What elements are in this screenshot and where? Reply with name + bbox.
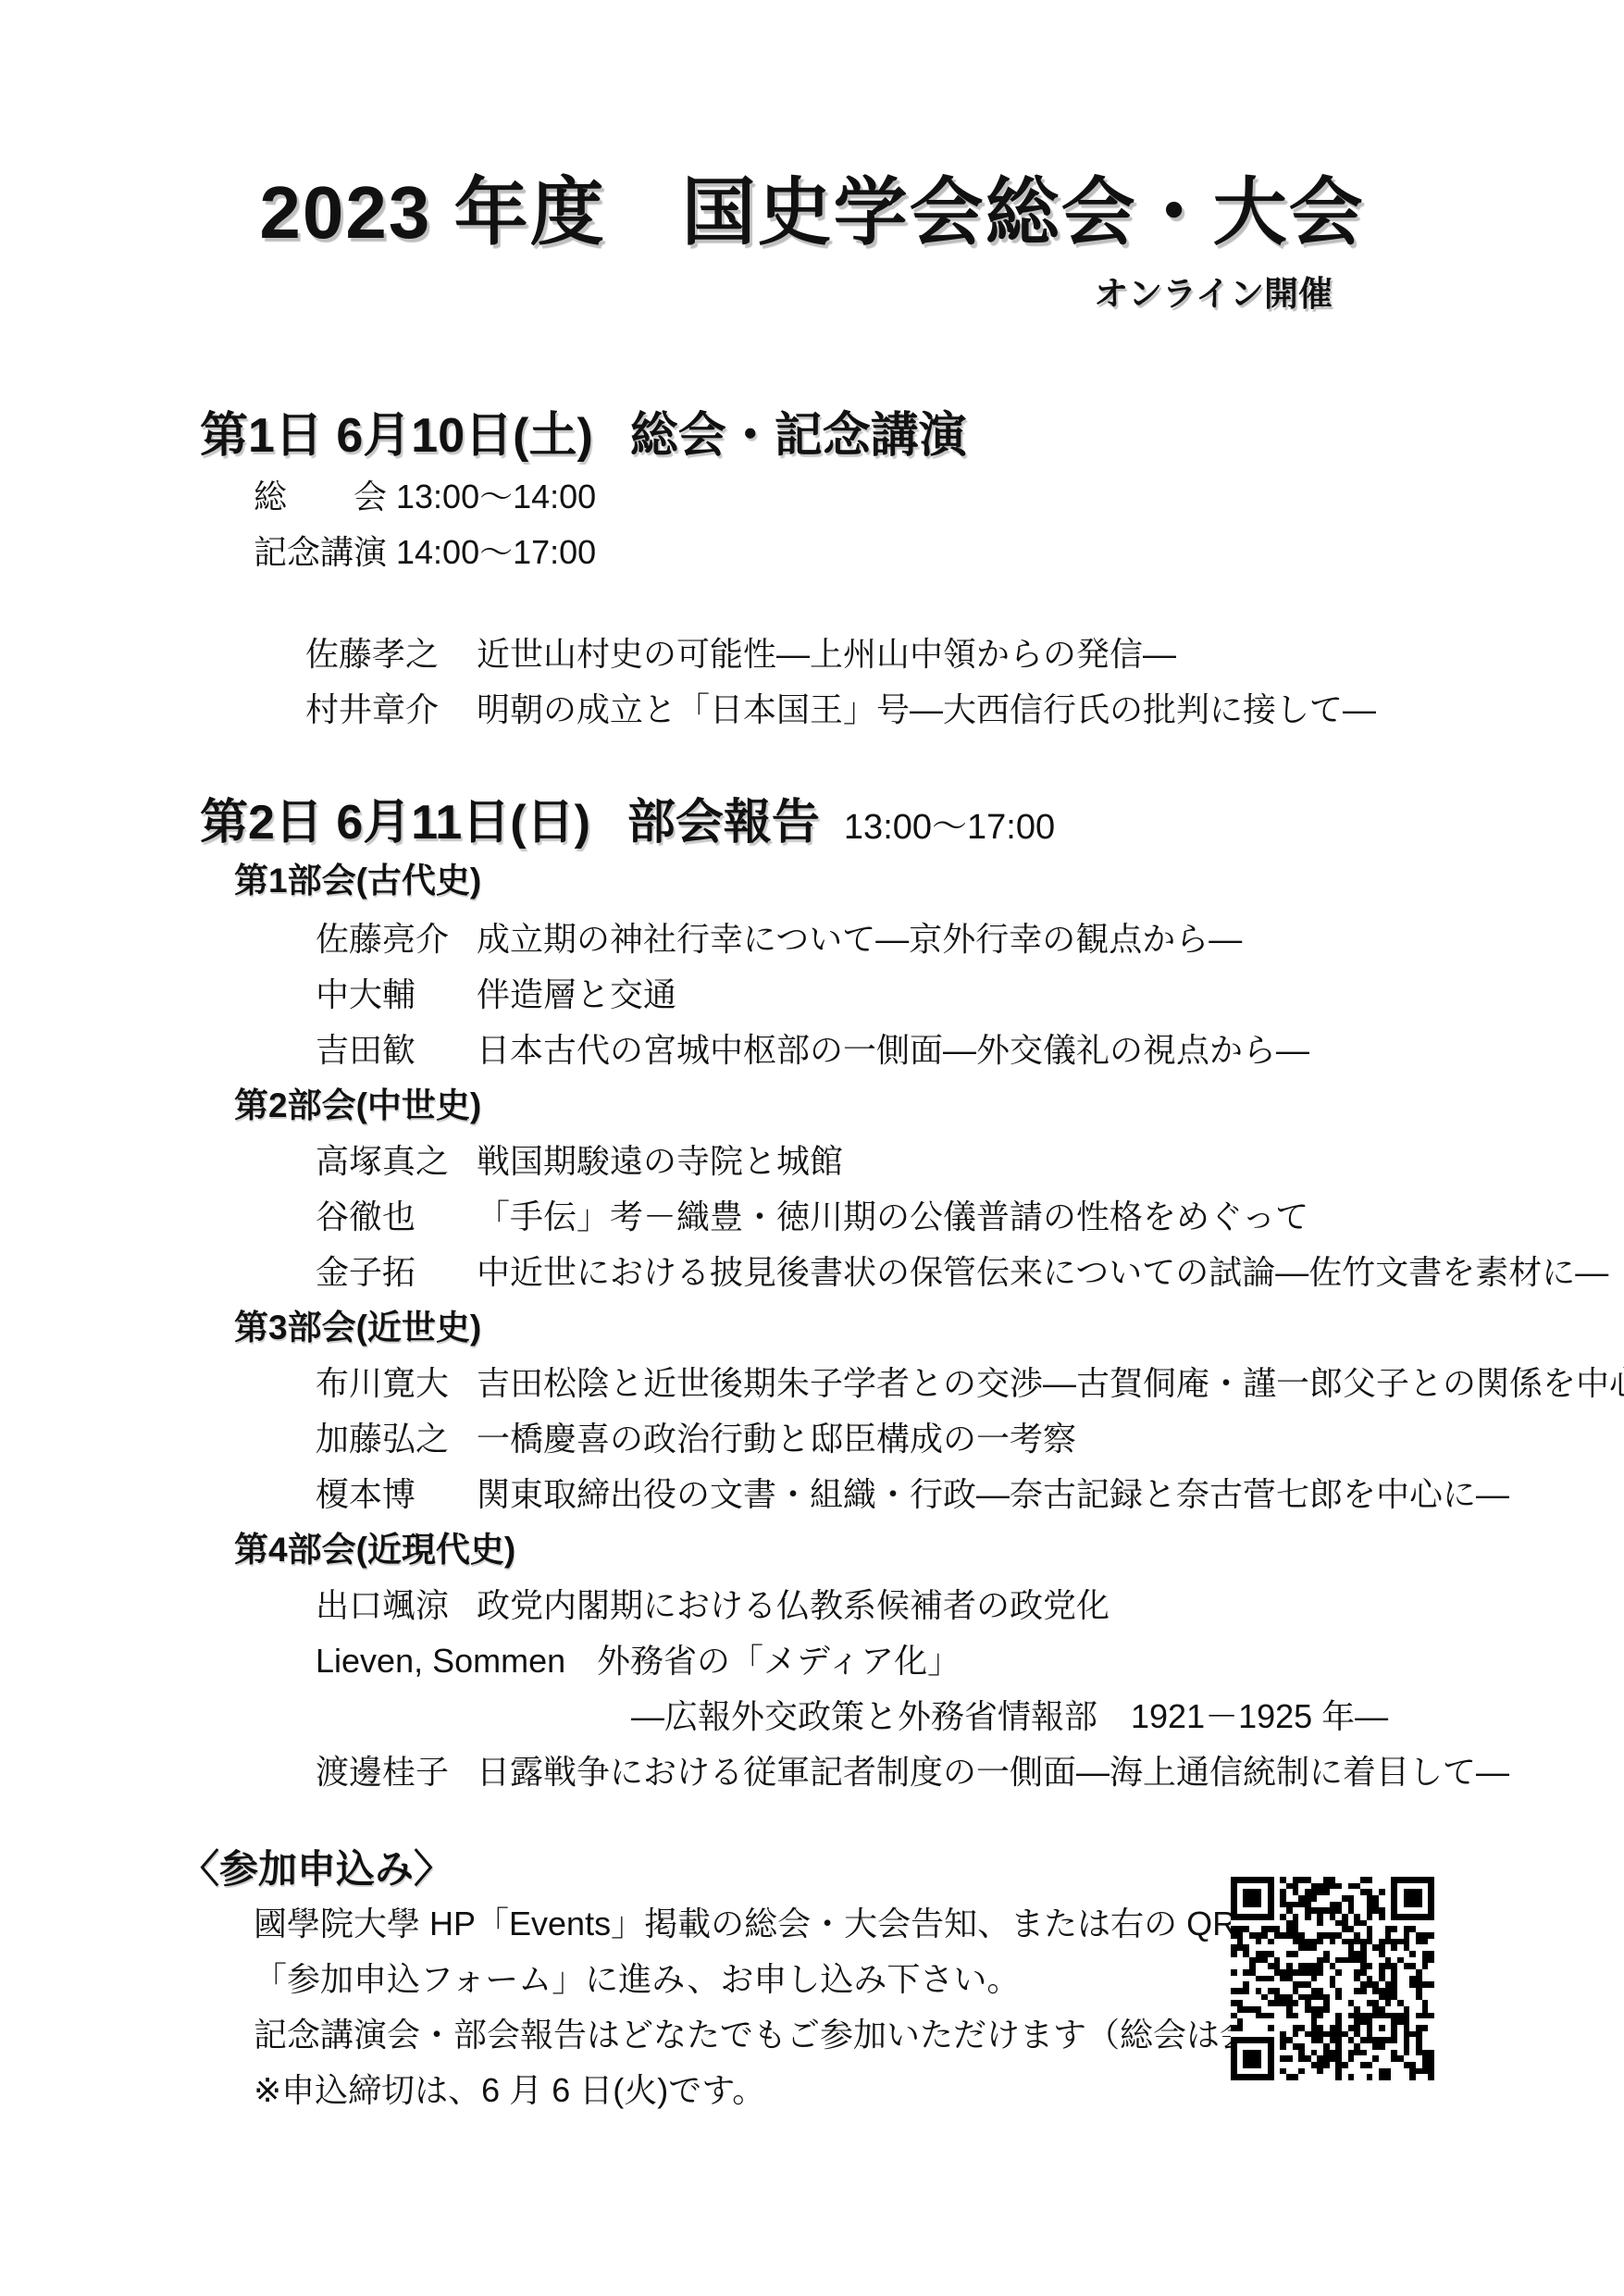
section-heading-2: 第2部会(中世史) bbox=[234, 1086, 481, 1126]
speaker-name: 村井章介 bbox=[305, 690, 439, 728]
talk-title: 「手伝」考－織豊・徳川期の公儀普請の性格をめぐって bbox=[477, 1198, 1308, 1235]
speaker-name: 谷徹也 bbox=[316, 1198, 415, 1235]
talk-title: 日露戦争における従軍記者制度の一側面―海上通信統制に着目して― bbox=[477, 1753, 1509, 1791]
day2-event-type: 部会報告 bbox=[627, 796, 820, 850]
talk-title: 一橋慶喜の政治行動と邸臣構成の一考察 bbox=[477, 1420, 1076, 1458]
day2-date: 第2日 6月11日(日) bbox=[200, 796, 590, 850]
talk-title: 明朝の成立と「日本国王」号―大西信行氏の批判に接して― bbox=[477, 690, 1376, 728]
application-line: 記念講演会・部会報告はどなたでもご参加いただけます（総会は会員のみ） bbox=[254, 2016, 1386, 2054]
speaker-name: 佐藤亮介 bbox=[316, 920, 449, 958]
qr-code bbox=[1231, 1877, 1434, 2080]
day1-heading: 第1日 6月10日(土)総会・記念講演 bbox=[200, 409, 967, 465]
talk-title: 外務省の「メディア化」 bbox=[597, 1642, 961, 1680]
document-title: 2023 年度 国史学会総会・大会 bbox=[0, 170, 1624, 255]
application-heading: 〈参加申込み〉 bbox=[180, 1847, 452, 1892]
talk-title: 戦国期駿遠の寺院と城館 bbox=[477, 1142, 843, 1180]
talk-title: 政党内閣期における仏教系候補者の政党化 bbox=[477, 1586, 1110, 1624]
speaker-name: 布川寛大 bbox=[316, 1364, 449, 1402]
online-held-label: オンライン開催 bbox=[1094, 275, 1333, 315]
day1-event-type: 総会・記念講演 bbox=[630, 409, 967, 463]
schedule-row: 総 会 13:00～14:00 bbox=[254, 478, 387, 515]
talk-title: 成立期の神社行幸について―京外行幸の観点から― bbox=[477, 920, 1242, 958]
section-heading-1: 第1部会(古代史) bbox=[234, 862, 481, 901]
talk-title: 伴造層と交通 bbox=[477, 975, 676, 1013]
speaker-name: 高塚真之 bbox=[316, 1142, 449, 1180]
speaker-name: 榎本博 bbox=[316, 1475, 415, 1513]
speaker-name: 渡邊桂子 bbox=[316, 1753, 449, 1791]
speaker-name: 金子拓 bbox=[316, 1253, 415, 1291]
day1-date: 第1日 6月10日(土) bbox=[200, 409, 593, 463]
speaker-name: 吉田歓 bbox=[316, 1031, 415, 1069]
talk-title: 近世山村史の可能性―上州山中領からの発信― bbox=[477, 635, 1176, 673]
talk-title: 吉田松陰と近世後期朱子学者との交渉―古賀侗庵・謹一郎父子との関係を中心に― bbox=[477, 1364, 1624, 1402]
schedule-time: 14:00～17:00 bbox=[396, 533, 596, 571]
schedule-label: 記念講演 bbox=[254, 533, 387, 571]
talk-title-continuation: ―広報外交政策と外務省情報部 1921－1925 年― bbox=[631, 1697, 1388, 1735]
section-heading-3: 第3部会(近世史) bbox=[234, 1309, 481, 1348]
speaker-name: 加藤弘之 bbox=[316, 1420, 449, 1458]
talk-title: 中近世における披見後書状の保管伝来についての試論―佐竹文書を素材に― bbox=[477, 1253, 1608, 1291]
section-heading-4: 第4部会(近現代史) bbox=[234, 1531, 515, 1570]
application-line: ※申込締切は、6 月 6 日(火)です。 bbox=[254, 2071, 765, 2109]
speaker-name: 佐藤孝之 bbox=[305, 635, 439, 673]
schedule-row: 記念講演 14:00～17:00 bbox=[254, 533, 387, 571]
schedule-time: 13:00～14:00 bbox=[396, 478, 596, 515]
speaker-name: 中大輔 bbox=[316, 975, 415, 1013]
day2-heading: 第2日 6月11日(日)部会報告13:00～17:00 bbox=[200, 796, 1055, 851]
speaker-name: 出口颯涼 bbox=[316, 1586, 449, 1624]
application-line: 「参加申込フォーム」に進み、お申し込み下さい。 bbox=[254, 1960, 1020, 1998]
speaker-name: Lieven, Sommen bbox=[316, 1642, 565, 1680]
document-page: 2023 年度 国史学会総会・大会 オンライン開催 第1日 6月10日(土)総会… bbox=[0, 0, 1624, 2296]
schedule-label: 総 会 bbox=[254, 478, 387, 515]
talk-title: 日本古代の宮城中枢部の一側面―外交儀礼の視点から― bbox=[477, 1031, 1309, 1069]
day2-time: 13:00～17:00 bbox=[844, 808, 1055, 847]
talk-title: 関東取締出役の文書・組織・行政―奈古記録と奈古菅七郎を中心に― bbox=[477, 1475, 1509, 1513]
